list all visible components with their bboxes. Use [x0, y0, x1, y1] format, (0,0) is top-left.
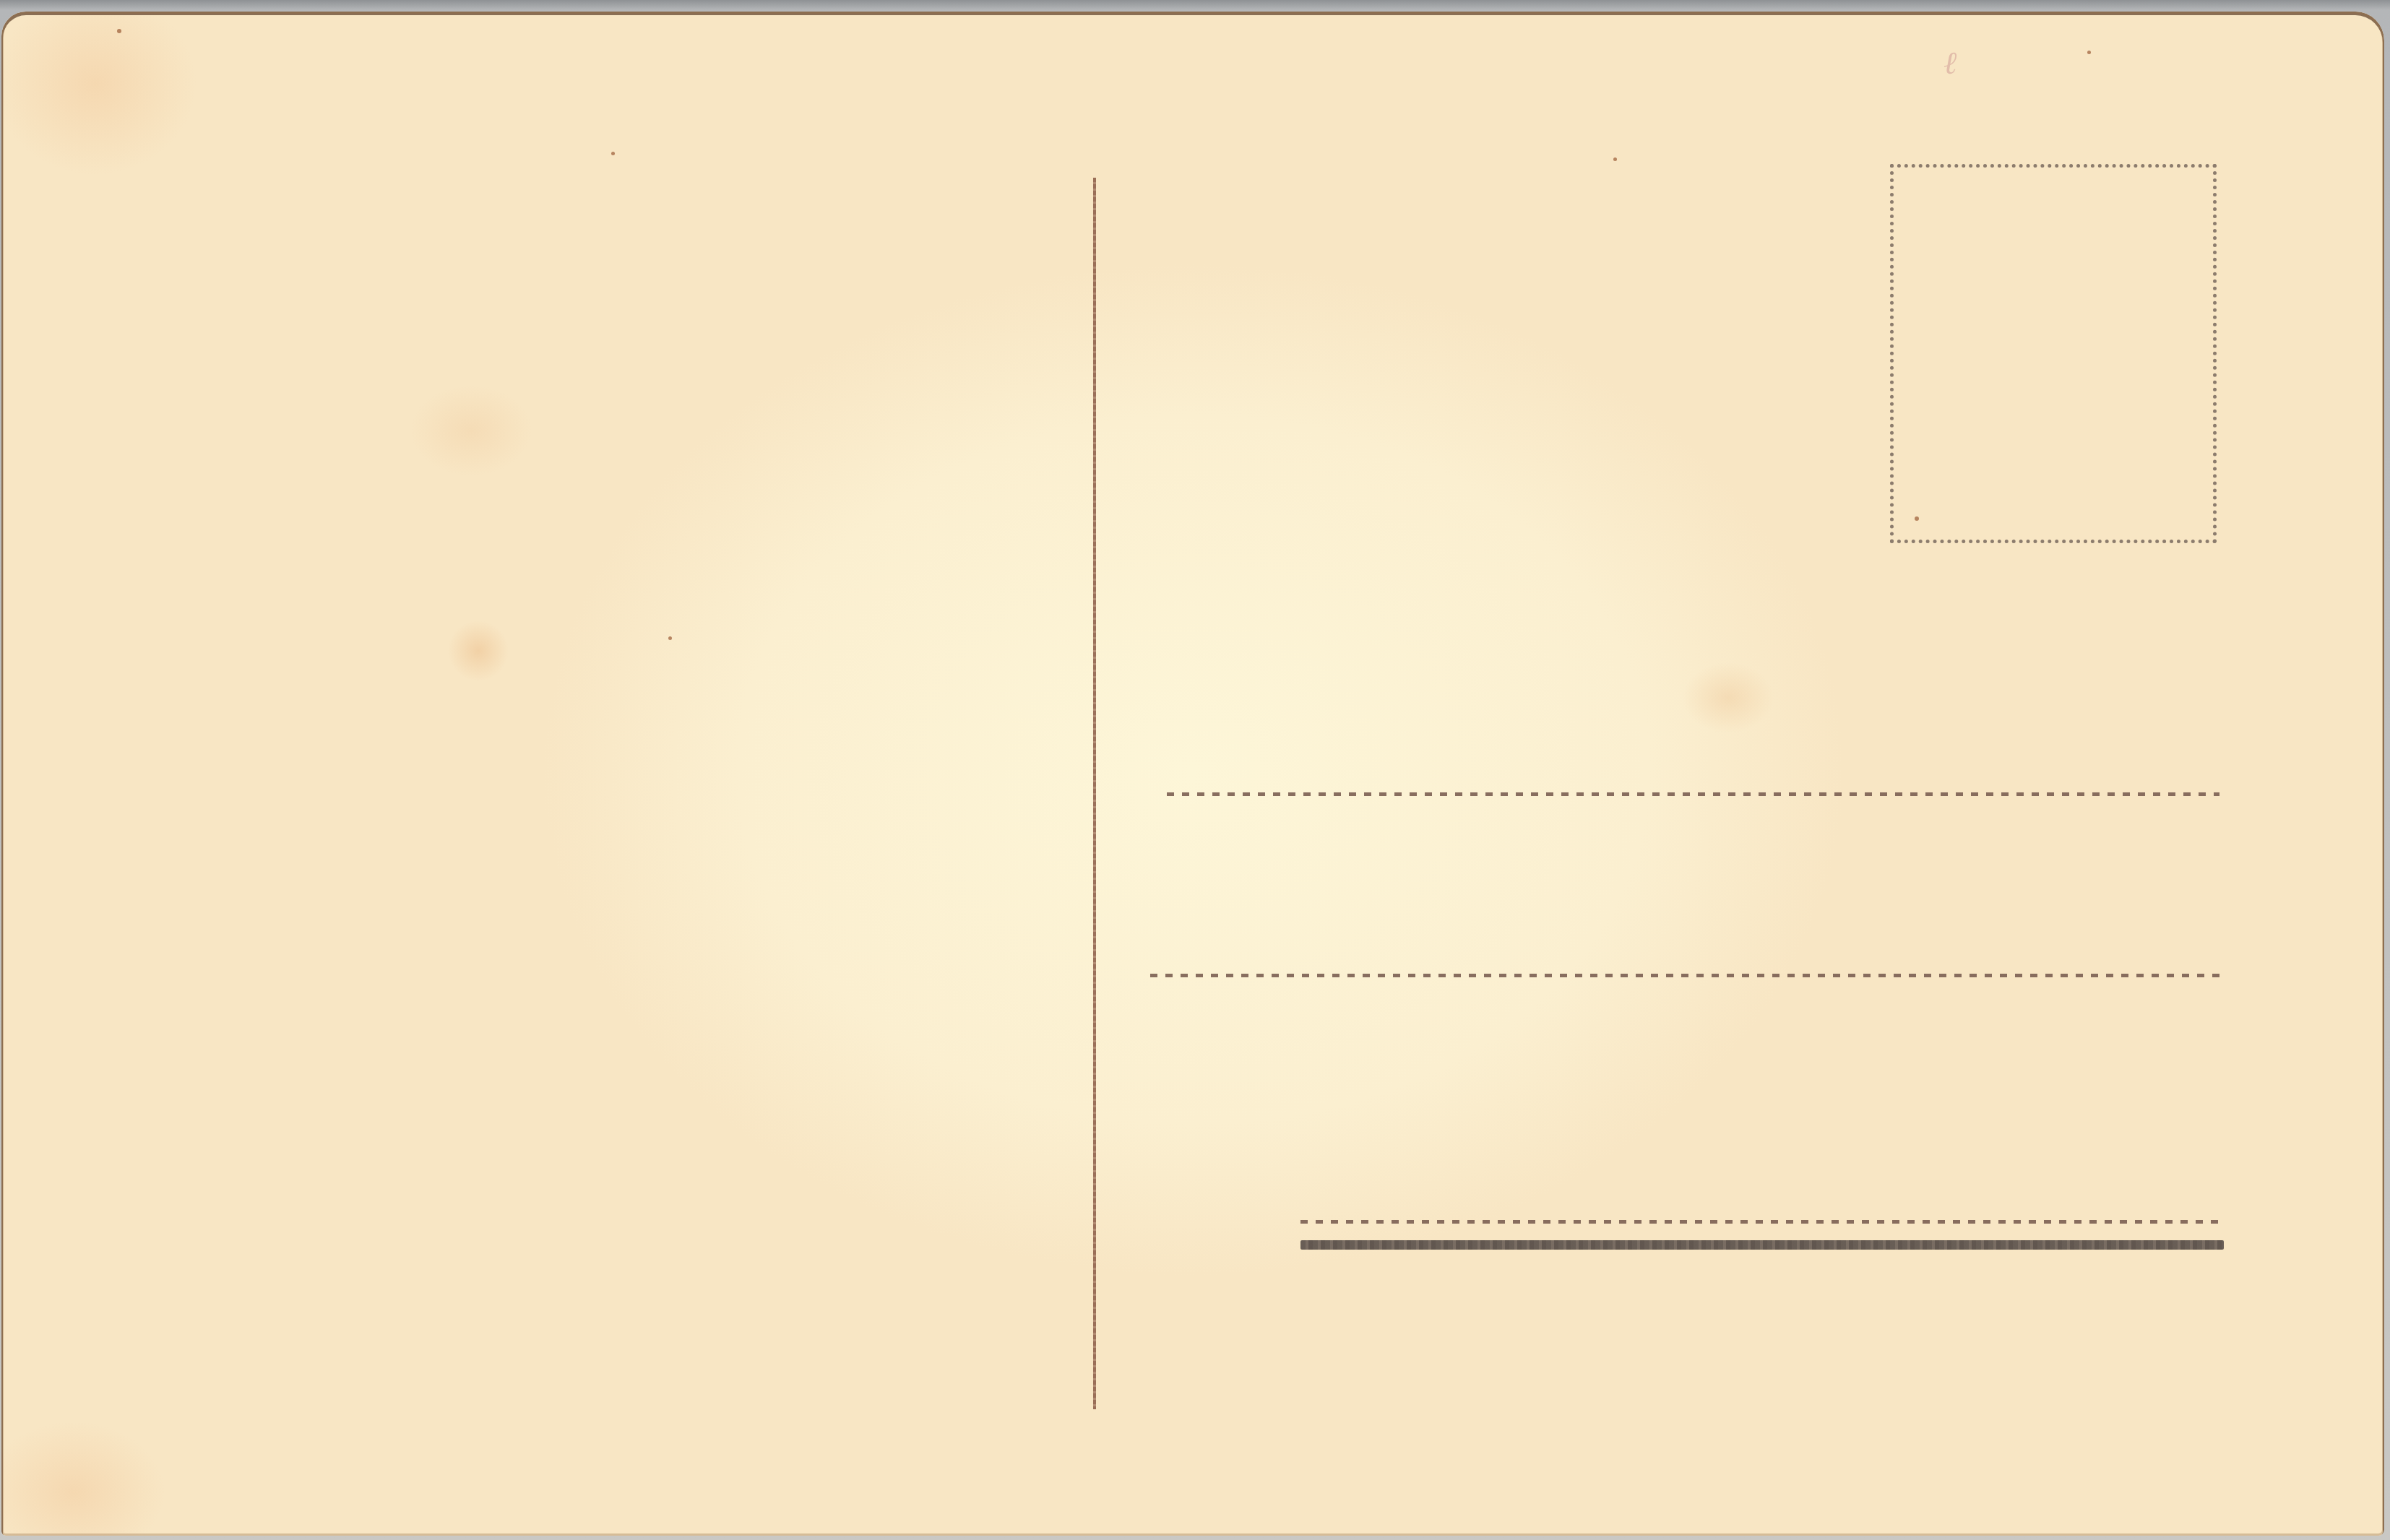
foxing-spot [1915, 516, 1919, 521]
handwritten-pencil-mark: ℓ [1944, 42, 1987, 85]
address-line-1 [1167, 792, 2219, 796]
address-line-3 [1300, 1220, 2224, 1224]
foxing-spot [1613, 157, 1617, 161]
stamp-box [1890, 164, 2217, 543]
address-underline-bar [1300, 1240, 2224, 1250]
foxing-spot [611, 152, 615, 155]
foxing-spot [668, 636, 672, 640]
vertical-divider-line [1093, 178, 1096, 1409]
address-line-2 [1150, 974, 2219, 977]
foxing-spot [117, 29, 121, 33]
foxing-spot [2087, 51, 2091, 54]
